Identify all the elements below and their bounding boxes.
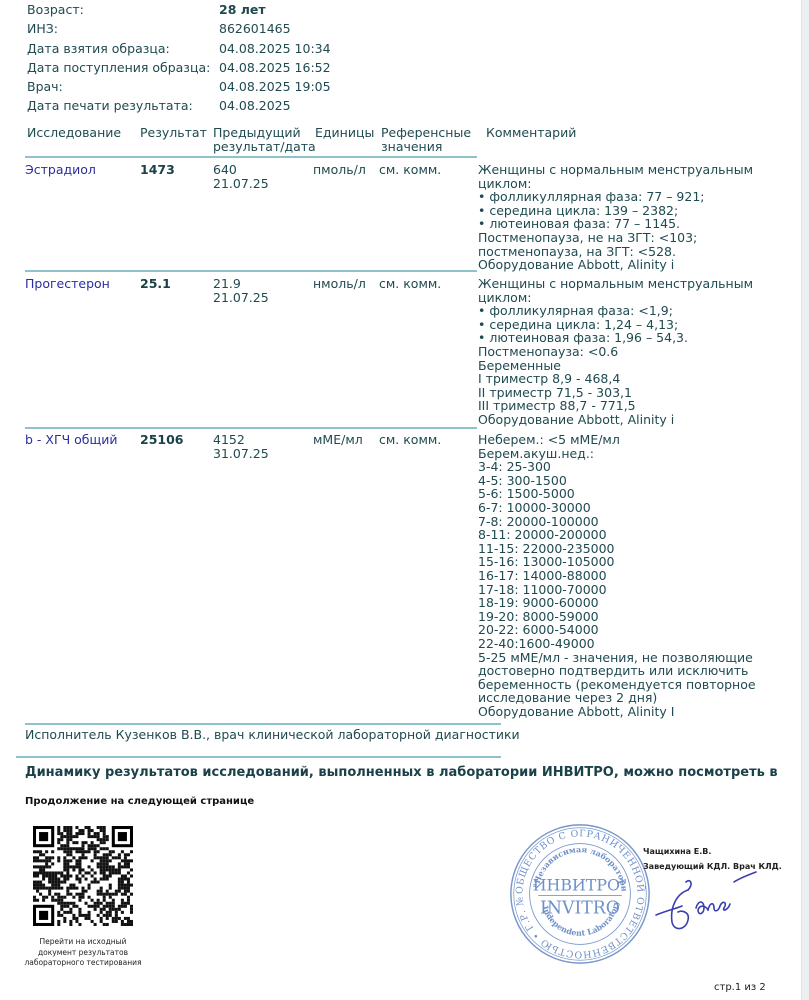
dynamics-note: Динамику результатов исследований, выпол…	[25, 765, 778, 780]
previous-value: 21.9	[213, 277, 241, 291]
info-row: ИНЗ:862601465	[27, 19, 331, 38]
test-name[interactable]: Прогестерон	[25, 277, 110, 291]
units: пмоль/л	[313, 163, 366, 177]
test-name[interactable]: b - ХГЧ общий	[25, 433, 118, 447]
previous-value: 4152	[213, 433, 245, 447]
test-result: 25.1	[140, 277, 171, 291]
info-value: 28 лет	[219, 0, 266, 19]
units: мМЕ/мл	[313, 433, 363, 447]
previous-value: 640	[213, 163, 237, 177]
reference: см. комм.	[379, 433, 441, 447]
info-row: Дата печати результата:04.08.2025	[27, 96, 331, 115]
row-divider	[25, 270, 477, 272]
comment: Женщины с нормальным менструальным цикло…	[478, 277, 768, 427]
info-row: Дата поступления образца:04.08.2025 16:5…	[27, 58, 331, 77]
units: нмоль/л	[313, 277, 366, 291]
info-label: Дата печати результата:	[27, 96, 219, 115]
header-units: Единицы	[315, 126, 374, 140]
test-result: 1473	[140, 163, 175, 177]
reference: см. комм.	[379, 163, 441, 177]
signatory-name: Чащихина Е.В.	[643, 844, 782, 859]
executor-line: Исполнитель Кузенков В.В., врач клиничес…	[25, 727, 520, 742]
previous-date: 21.07.25	[213, 291, 269, 305]
page-edge-strip	[801, 0, 809, 1000]
header-test: Исследование	[27, 126, 121, 140]
stamp-center-en: INVITRO	[540, 898, 620, 918]
header-divider	[25, 156, 477, 158]
page-number: стр.1 из 2	[714, 982, 766, 993]
test-name[interactable]: Эстрадиол	[25, 163, 96, 177]
header-comment: Комментарий	[486, 126, 576, 140]
continuation-note: Продолжение на следующей странице	[25, 796, 254, 807]
info-label: ИНЗ:	[27, 19, 219, 38]
info-label: Врач:	[27, 77, 219, 96]
info-value: 04.08.2025 19:05	[219, 77, 331, 96]
comment: Неберем.: <5 мМЕ/мл Берем.акуш.нед.: 3-4…	[478, 433, 768, 718]
info-value: 04.08.2025	[219, 96, 291, 115]
info-row: Возраст:28 лет	[27, 0, 331, 19]
reference: см. комм.	[379, 277, 441, 291]
signature-icon	[648, 860, 758, 940]
info-label: Возраст:	[27, 0, 219, 19]
info-value: 04.08.2025 16:52	[219, 58, 331, 77]
test-result: 25106	[140, 433, 184, 447]
row-divider	[25, 723, 501, 725]
header-reference: Референсные значения	[381, 126, 471, 154]
previous-date: 31.07.25	[213, 447, 269, 461]
info-label: Дата взятия образца:	[27, 39, 219, 58]
info-value: 862601465	[219, 19, 291, 38]
header-result: Результат	[140, 126, 207, 140]
info-label: Дата поступления образца:	[27, 58, 219, 77]
header-previous: Предыдущий результат/дата	[213, 126, 316, 154]
qr-code-icon[interactable]	[33, 826, 133, 926]
previous-date: 21.07.25	[213, 177, 269, 191]
stamp-center-ru: ИНВИТРО"	[533, 875, 628, 894]
section-divider	[16, 756, 501, 758]
invitro-stamp-icon: ОБЩЕСТВО С ОГРАНИЧЕННОЙ ОТВЕТСТВЕННОСТЬЮ…	[508, 822, 652, 966]
info-row: Дата взятия образца:04.08.2025 10:34	[27, 39, 331, 58]
comment: Женщины с нормальным менструальным цикло…	[478, 163, 768, 272]
table-header: Исследование Результат Предыдущий резуль…	[25, 126, 477, 156]
patient-info: Возраст:28 летИНЗ:862601465Дата взятия о…	[27, 0, 331, 116]
qr-caption: Перейти на исходный документ результатов…	[20, 937, 146, 969]
row-divider	[25, 427, 477, 429]
info-value: 04.08.2025 10:34	[219, 39, 331, 58]
info-row: Врач:04.08.2025 19:05	[27, 77, 331, 96]
